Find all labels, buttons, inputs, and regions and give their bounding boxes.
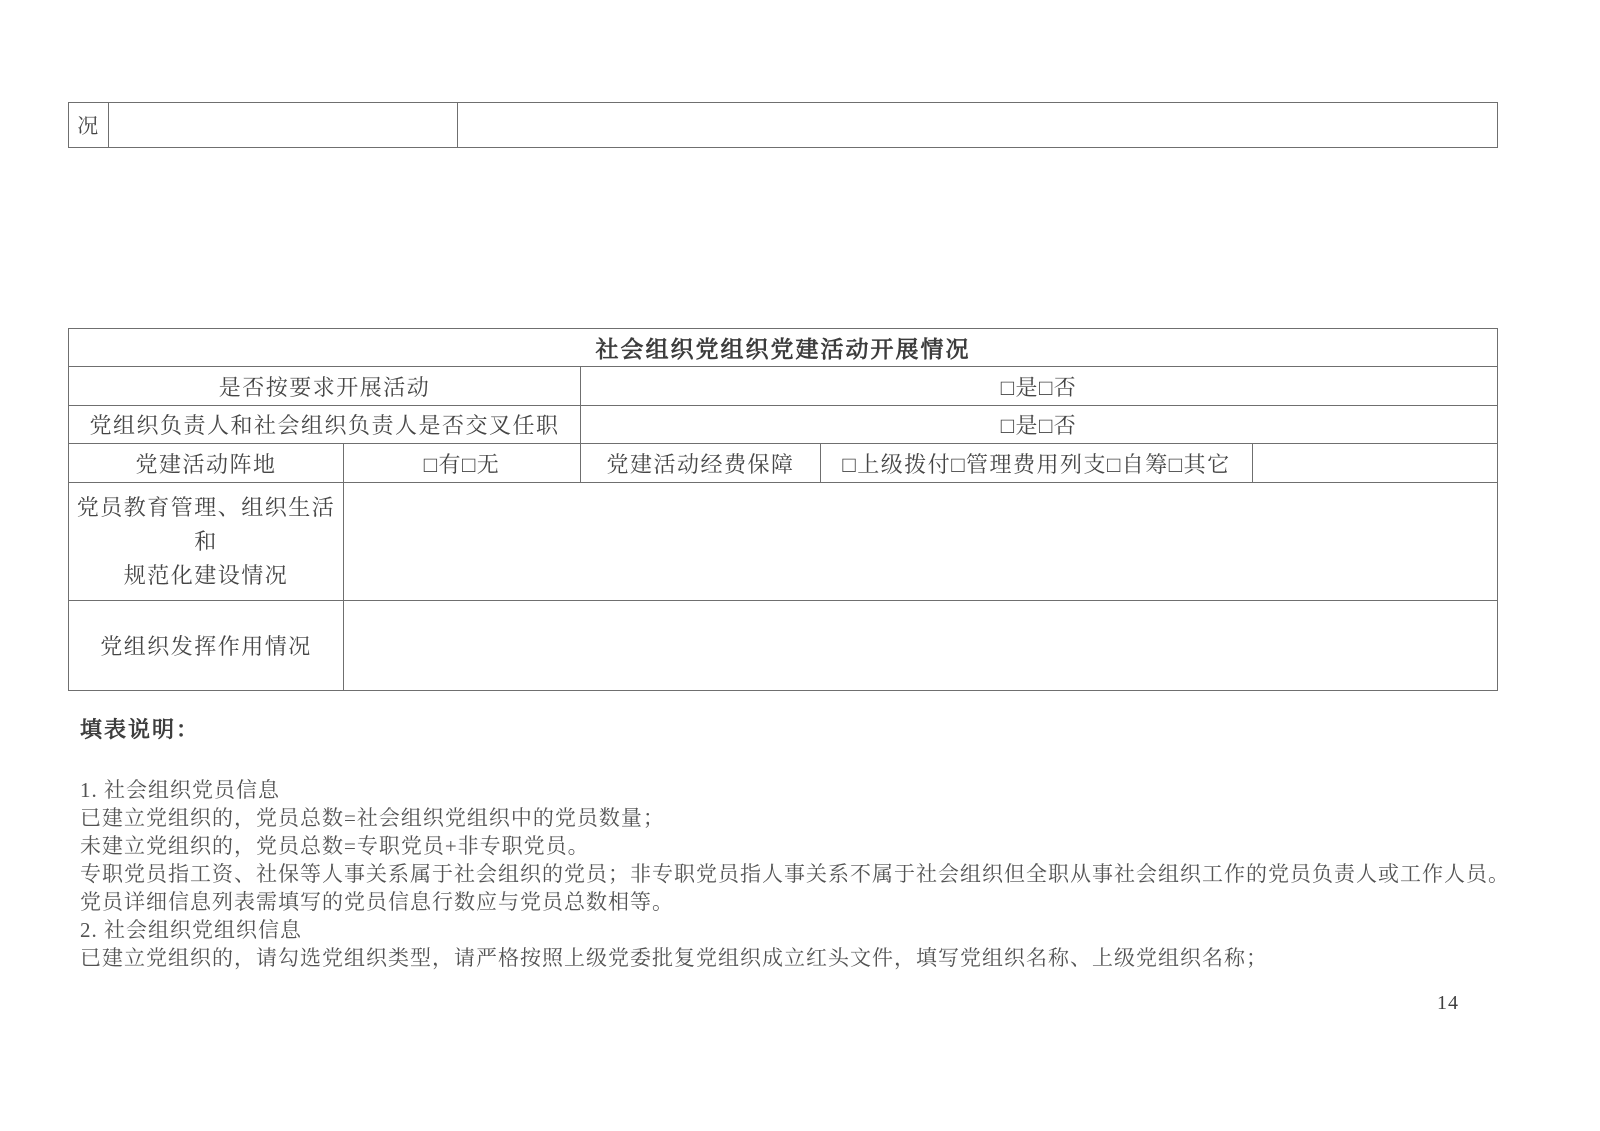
scanned-form-page: 况 社会组织党组织党建活动开展情况 是否按要求开展活动 □是□否 党组织负责人和… (0, 0, 1600, 1131)
funding-guarantee-empty-cell (1253, 444, 1498, 483)
party-building-table: 社会组织党组织党建活动开展情况 是否按要求开展活动 □是□否 党组织负责人和社会… (68, 328, 1498, 691)
instruction-line: 未建立党组织的，党员总数=专职党员+非专职党员。 (80, 832, 1480, 860)
member-education-label-line2: 规范化建设情况 (75, 559, 337, 593)
instruction-line: 党员详细信息列表需填写的党员信息行数应与党员总数相等。 (80, 888, 1480, 916)
table-row: 况 (69, 103, 1498, 148)
table-row: 党组织发挥作用情况 (69, 601, 1498, 691)
instruction-line: 2. 社会组织党组织信息 (80, 916, 1480, 944)
top-table-empty-cell-1 (109, 103, 458, 148)
table-row: 党建活动阵地 □有□无 党建活动经费保障 □上级拨付□管理费用列支□自筹□其它 (69, 444, 1498, 483)
org-role-input-area (344, 601, 1498, 691)
member-education-label: 党员教育管理、组织生活和 规范化建设情况 (69, 483, 344, 601)
top-partial-table: 况 (68, 102, 1498, 148)
table-title: 社会组织党组织党建活动开展情况 (69, 329, 1498, 367)
table-row: 社会组织党组织党建活动开展情况 (69, 329, 1498, 367)
funding-guarantee-label: 党建活动经费保障 (581, 444, 821, 483)
cross-post-label: 党组织负责人和社会组织负责人是否交叉任职 (69, 406, 581, 444)
activity-required-checkboxes: □是□否 (581, 367, 1498, 406)
instruction-line: 1. 社会组织党员信息 (80, 776, 1480, 804)
instruction-line: 已建立党组织的，请勾选党组织类型，请严格按照上级党委批复党组织成立红头文件，填写… (80, 944, 1480, 972)
funding-guarantee-checkboxes: □上级拨付□管理费用列支□自筹□其它 (821, 444, 1253, 483)
org-role-label: 党组织发挥作用情况 (69, 601, 344, 691)
activity-position-checkboxes: □有□无 (344, 444, 581, 483)
page-number: 14 (1437, 992, 1459, 1015)
top-table-empty-cell-2 (458, 103, 1498, 148)
instruction-line: 专职党员指工资、社保等人事关系属于社会组织的党员；非专职党员指人事关系不属于社会… (80, 860, 1480, 888)
fill-in-instructions: 填表说明： 1. 社会组织党员信息 已建立党组织的，党员总数=社会组织党组织中的… (80, 716, 1480, 972)
instruction-line: 已建立党组织的，党员总数=社会组织党组织中的党员数量； (80, 804, 1480, 832)
member-education-input-area (344, 483, 1498, 601)
table-row: 是否按要求开展活动 □是□否 (69, 367, 1498, 406)
activity-position-label: 党建活动阵地 (69, 444, 344, 483)
instructions-body: 1. 社会组织党员信息 已建立党组织的，党员总数=社会组织党组织中的党员数量； … (80, 776, 1480, 972)
table-row: 党员教育管理、组织生活和 规范化建设情况 (69, 483, 1498, 601)
activity-required-label: 是否按要求开展活动 (69, 367, 581, 406)
top-table-stub-label: 况 (69, 103, 109, 148)
member-education-label-line1: 党员教育管理、组织生活和 (75, 491, 337, 559)
cross-post-checkboxes: □是□否 (581, 406, 1498, 444)
table-row: 党组织负责人和社会组织负责人是否交叉任职 □是□否 (69, 406, 1498, 444)
instructions-heading: 填表说明： (80, 716, 1480, 744)
